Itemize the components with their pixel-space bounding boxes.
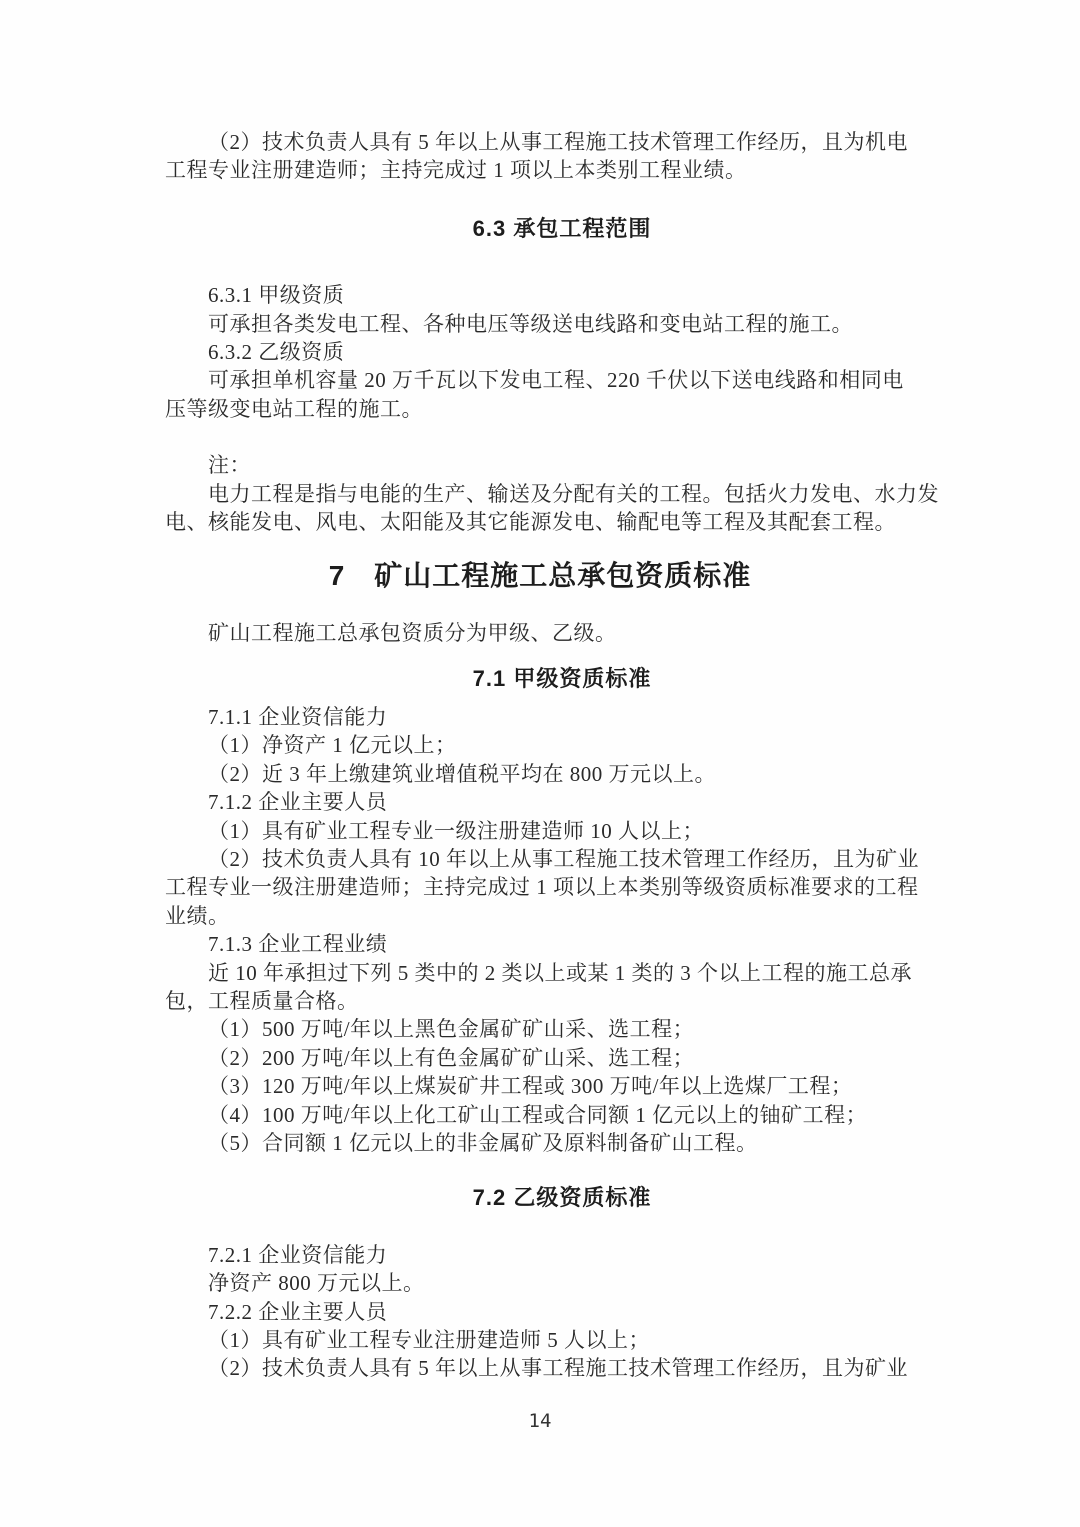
text-line: （2）技术负责人具有 5 年以上从事工程施工技术管理工作经历，且为矿业: [165, 1354, 915, 1382]
para-7-2-2-item-1: （1）具有矿业工程专业注册建造师 5 人以上；: [165, 1326, 915, 1354]
document-body: （2）技术负责人具有 5 年以上从事工程施工技术管理工作经历，且为机电工程专业注…: [165, 128, 915, 1383]
para-7-1-3-intro: 近 10 年承担过下列 5 类中的 2 类以上或某 1 类的 3 个以上工程的施…: [165, 959, 915, 1016]
para-7-2-1-body: 净资产 800 万元以上。: [165, 1269, 915, 1297]
text-line: 净资产 800 万元以上。: [165, 1269, 915, 1297]
text-line: （5）合同额 1 亿元以上的非金属矿及原料制备矿山工程。: [165, 1129, 915, 1157]
text-line: 可承担各类发电工程、各种电压等级送电线路和变电站工程的施工。: [165, 310, 915, 338]
document-page: （2）技术负责人具有 5 年以上从事工程施工技术管理工作经历，且为机电工程专业注…: [0, 0, 1080, 1527]
text-line: 近 10 年承担过下列 5 类中的 2 类以上或某 1 类的 3 个以上工程的施…: [165, 959, 915, 987]
text-line: 注：: [165, 451, 915, 479]
text-line: （4）100 万吨/年以上化工矿山工程或合同额 1 亿元以上的铀矿工程；: [165, 1101, 915, 1129]
para-7-1-3-item-4: （4）100 万吨/年以上化工矿山工程或合同额 1 亿元以上的铀矿工程；: [165, 1101, 915, 1129]
text-line: 矿山工程施工总承包资质分为甲级、乙级。: [165, 619, 915, 647]
text-line: （2）技术负责人具有 10 年以上从事工程施工技术管理工作经历，且为矿业: [165, 845, 915, 873]
para-6-3-1-scope: 可承担各类发电工程、各种电压等级送电线路和变电站工程的施工。: [165, 310, 915, 338]
text-line: （1）净资产 1 亿元以上；: [165, 731, 915, 759]
text-line: （1）具有矿业工程专业一级注册建造师 10 人以上；: [165, 817, 915, 845]
para-note-label: 注：: [165, 451, 915, 479]
para-7-2-2-label: 7.2.2 企业主要人员: [165, 1298, 915, 1326]
text-line: 工程专业一级注册建造师；主持完成过 1 项以上本类别等级资质标准要求的工程: [165, 873, 915, 901]
text-line: 6.3.1 甲级资质: [165, 281, 915, 309]
para-7-1-3-label: 7.1.3 企业工程业绩: [165, 930, 915, 958]
text-line: 7.1.2 企业主要人员: [165, 788, 915, 816]
para-7-1-3-item-5: （5）合同额 1 亿元以上的非金属矿及原料制备矿山工程。: [165, 1129, 915, 1157]
text-line: 7.1.3 企业工程业绩: [165, 930, 915, 958]
para-7-intro: 矿山工程施工总承包资质分为甲级、乙级。: [165, 619, 915, 647]
text-line: 业绩。: [165, 902, 915, 930]
page-number: 14: [529, 1410, 552, 1432]
text-line: 7.2.2 企业主要人员: [165, 1298, 915, 1326]
text-line: 包，工程质量合格。: [165, 987, 915, 1015]
text-line: 工程专业注册建造师；主持完成过 1 项以上本类别工程业绩。: [165, 156, 915, 184]
para-6-3-2-scope: 可承担单机容量 20 万千瓦以下发电工程、220 千伏以下送电线路和相同电压等级…: [165, 366, 915, 423]
para-6-3-2-label: 6.3.2 乙级资质: [165, 338, 915, 366]
para-6-3-1-label: 6.3.1 甲级资质: [165, 281, 915, 309]
para-note-body: 电力工程是指与电能的生产、输送及分配有关的工程。包括火力发电、水力发电、核能发电…: [165, 480, 915, 537]
para-7-1-1-item-1: （1）净资产 1 亿元以上；: [165, 731, 915, 759]
para-7-1-3-item-3: （3）120 万吨/年以上煤炭矿井工程或 300 万吨/年以上选煤厂工程；: [165, 1072, 915, 1100]
para-7-1-2-item-2: （2）技术负责人具有 10 年以上从事工程施工技术管理工作经历，且为矿业工程专业…: [165, 845, 915, 930]
text-line: 电力工程是指与电能的生产、输送及分配有关的工程。包括火力发电、水力发: [165, 480, 915, 508]
para-7-1-2-label: 7.1.2 企业主要人员: [165, 788, 915, 816]
text-line: 压等级变电站工程的施工。: [165, 395, 915, 423]
text-line: 7.1.1 企业资信能力: [165, 703, 915, 731]
text-line: 可承担单机容量 20 万千瓦以下发电工程、220 千伏以下送电线路和相同电: [165, 366, 915, 394]
text-line: （1）500 万吨/年以上黑色金属矿矿山采、选工程；: [165, 1015, 915, 1043]
para-6-tech-director-continued: （2）技术负责人具有 5 年以上从事工程施工技术管理工作经历，且为机电工程专业注…: [165, 128, 915, 185]
para-7-2-1-label: 7.2.1 企业资信能力: [165, 1241, 915, 1269]
page-footer: 14: [0, 1410, 1080, 1432]
text-line: （2）200 万吨/年以上有色金属矿矿山采、选工程；: [165, 1044, 915, 1072]
heading-7-2: 7.2 乙级资质标准: [165, 1184, 915, 1212]
text-line: （2）技术负责人具有 5 年以上从事工程施工技术管理工作经历，且为机电: [165, 128, 915, 156]
text-line: （1）具有矿业工程专业注册建造师 5 人以上；: [165, 1326, 915, 1354]
para-7-1-2-item-1: （1）具有矿业工程专业一级注册建造师 10 人以上；: [165, 817, 915, 845]
para-7-1-1-item-2: （2）近 3 年上缴建筑业增值税平均在 800 万元以上。: [165, 760, 915, 788]
text-line: （2）近 3 年上缴建筑业增值税平均在 800 万元以上。: [165, 760, 915, 788]
para-7-1-1-label: 7.1.1 企业资信能力: [165, 703, 915, 731]
text-line: 7.2.1 企业资信能力: [165, 1241, 915, 1269]
heading-7: 7 矿山工程施工总承包资质标准: [165, 558, 915, 594]
heading-6-3: 6.3 承包工程范围: [165, 215, 915, 243]
heading-7-1: 7.1 甲级资质标准: [165, 665, 915, 693]
text-line: （3）120 万吨/年以上煤炭矿井工程或 300 万吨/年以上选煤厂工程；: [165, 1072, 915, 1100]
text-line: 6.3.2 乙级资质: [165, 338, 915, 366]
spacer-after-heading-7-2: [165, 1213, 915, 1241]
para-7-2-2-item-2: （2）技术负责人具有 5 年以上从事工程施工技术管理工作经历，且为矿业: [165, 1354, 915, 1382]
para-7-1-3-item-1: （1）500 万吨/年以上黑色金属矿矿山采、选工程；: [165, 1015, 915, 1043]
para-7-1-3-item-2: （2）200 万吨/年以上有色金属矿矿山采、选工程；: [165, 1044, 915, 1072]
text-line: 电、核能发电、风电、太阳能及其它能源发电、输配电等工程及其配套工程。: [165, 508, 915, 536]
spacer-before-note: [165, 423, 915, 451]
